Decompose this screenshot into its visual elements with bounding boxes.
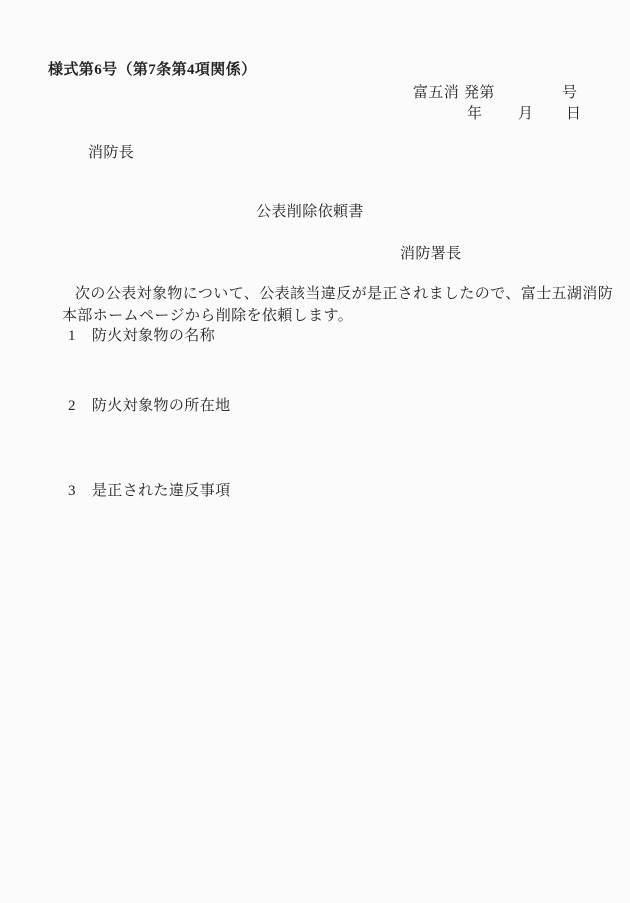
sender-fire-station-chief: 消防署長 (400, 246, 462, 262)
form-number: 様式第6号（第7条第4項関係） (48, 62, 257, 78)
numbered-item-corrected-violations: 3 是正された違反事項 (68, 483, 231, 499)
item-3-label: 是正された違反事項 (92, 483, 231, 499)
item-1-label: 防火対象物の名称 (92, 328, 215, 344)
document-title: 公表削除依頼書 (256, 204, 364, 220)
item-1-number: 1 (68, 328, 76, 344)
numbered-item-building-name: 1 防火対象物の名称 (68, 328, 215, 344)
issuance-office-code: 富五消 (413, 85, 459, 101)
addressee-fire-chief: 消防長 (88, 145, 134, 161)
issuance-number-suffix: 号 (562, 85, 577, 101)
body-line-2: 本部ホームページから削除を依頼します。 (62, 308, 353, 324)
issuance-number-prefix: 発第 (464, 85, 495, 101)
date-month-label: 月 (518, 106, 533, 122)
item-2-label: 防火対象物の所在地 (92, 398, 231, 414)
document-page: 様式第6号（第7条第4項関係） 富五消 発第 号 年 月 日 消防長 公表削除依… (0, 0, 630, 903)
numbered-item-building-address: 2 防火対象物の所在地 (68, 398, 231, 414)
item-2-number: 2 (68, 398, 76, 414)
date-year-label: 年 (467, 106, 482, 122)
date-day-label: 日 (566, 106, 581, 122)
item-3-number: 3 (68, 483, 76, 499)
body-line-1: 次の公表対象物について、公表該当違反が是正されましたので、富士五湖消防 (75, 286, 613, 302)
